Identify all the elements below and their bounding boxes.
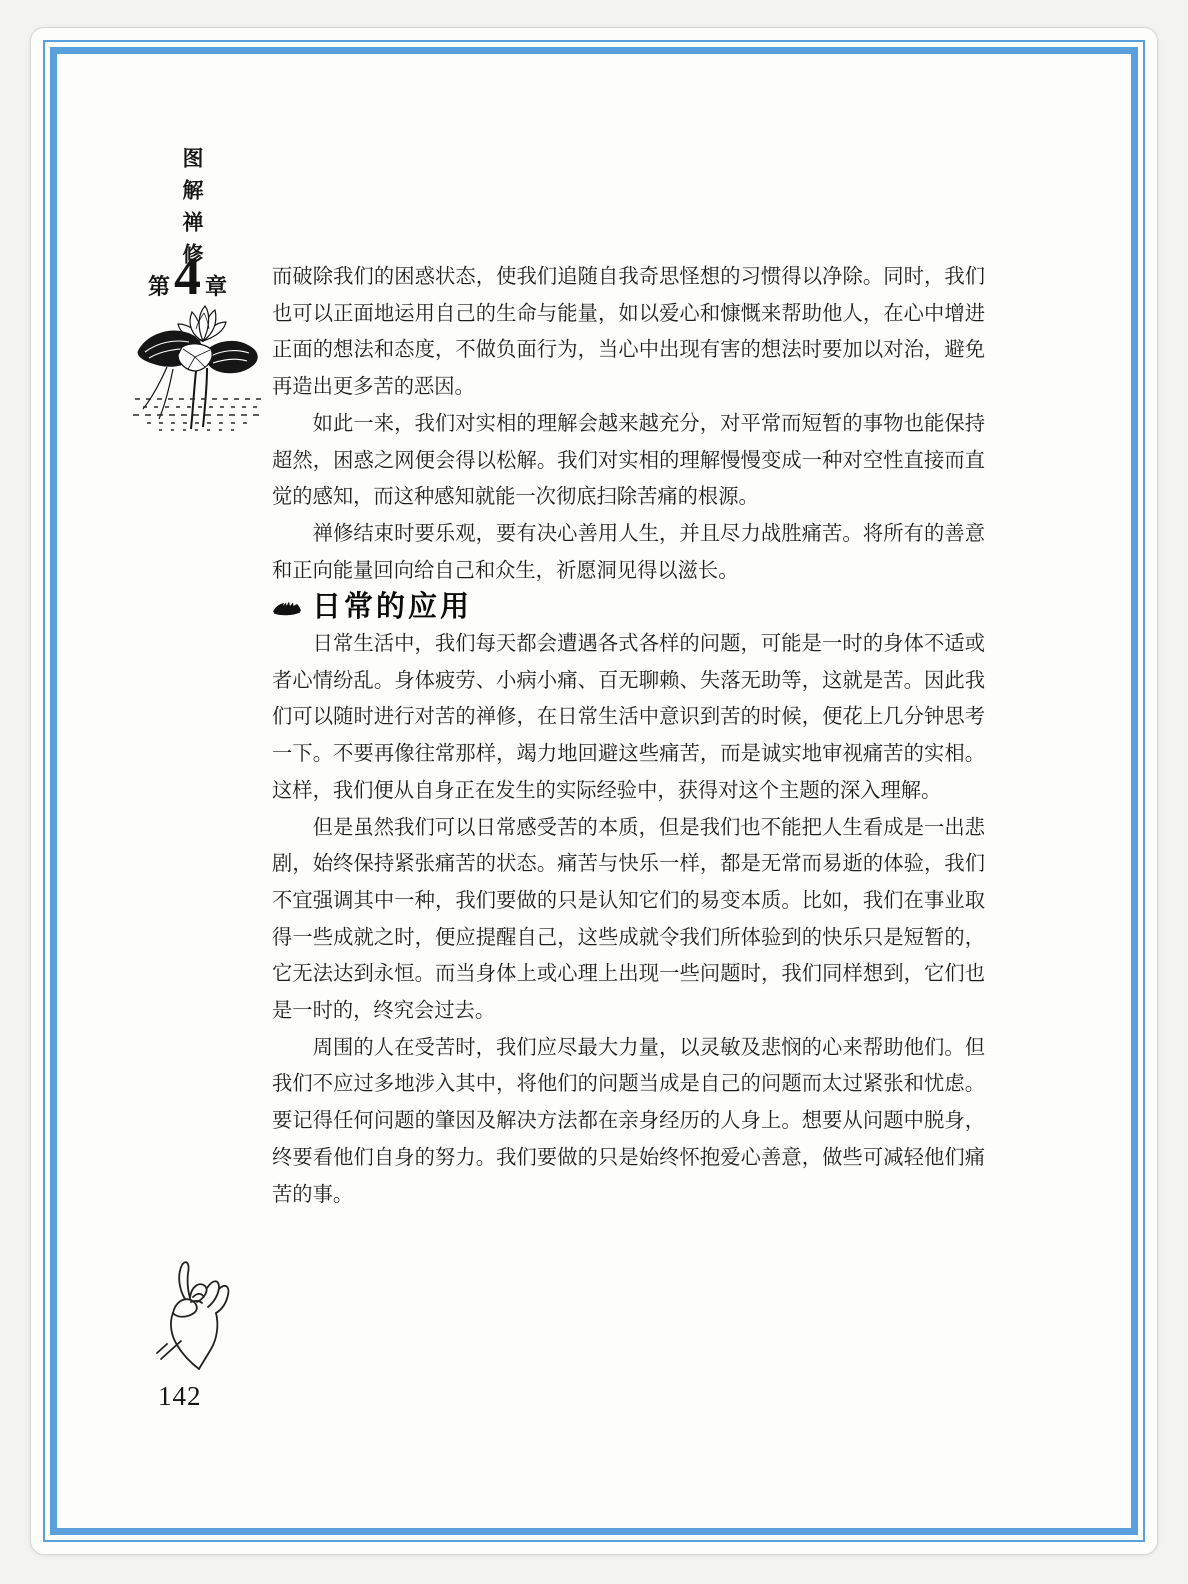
chapter-marker: 第 4 章 [148, 249, 227, 303]
chapter-suffix: 章 [205, 270, 227, 301]
section-heading-text: 日常的应用 [312, 589, 472, 626]
paragraph: 日常生活中，我们每天都会遭遇各式各样的问题，可能是一时的身体不适或者心情纷乱。身… [272, 626, 985, 810]
leaf-bullet-icon [272, 599, 302, 617]
paragraph: 如此一来，我们对实相的理解会越来越充分，对平常而短暂的事物也能保持超然，困惑之网… [272, 406, 985, 516]
chapter-prefix: 第 [148, 270, 170, 301]
page-content-layer: 图解禅修 第 4 章 [0, 0, 1188, 1584]
paragraph: 周围的人在受苦时，我们应尽最大力量，以灵敏及悲悯的心来帮助他们。但我们不应过多地… [272, 1030, 985, 1214]
page-number: 142 [158, 1381, 202, 1412]
paragraph: 但是虽然我们可以日常感受苦的本质，但是我们也不能把人生看成是一出悲剧，始终保持紧… [272, 810, 985, 1030]
lotus-illustration [131, 299, 269, 447]
hand-mudra-illustration [155, 1255, 241, 1377]
section-heading: 日常的应用 [272, 589, 985, 626]
body-text: 而破除我们的困惑状态，使我们追随自我奇思怪想的习惯得以净除。同时，我们也可以正面… [272, 259, 985, 1213]
paragraph: 禅修结束时要乐观，要有决心善用人生，并且尽力战胜痛苦。将所有的善意和正向能量回向… [272, 516, 985, 589]
chapter-number: 4 [174, 249, 201, 303]
paragraph: 而破除我们的困惑状态，使我们追随自我奇思怪想的习惯得以净除。同时，我们也可以正面… [272, 259, 985, 406]
